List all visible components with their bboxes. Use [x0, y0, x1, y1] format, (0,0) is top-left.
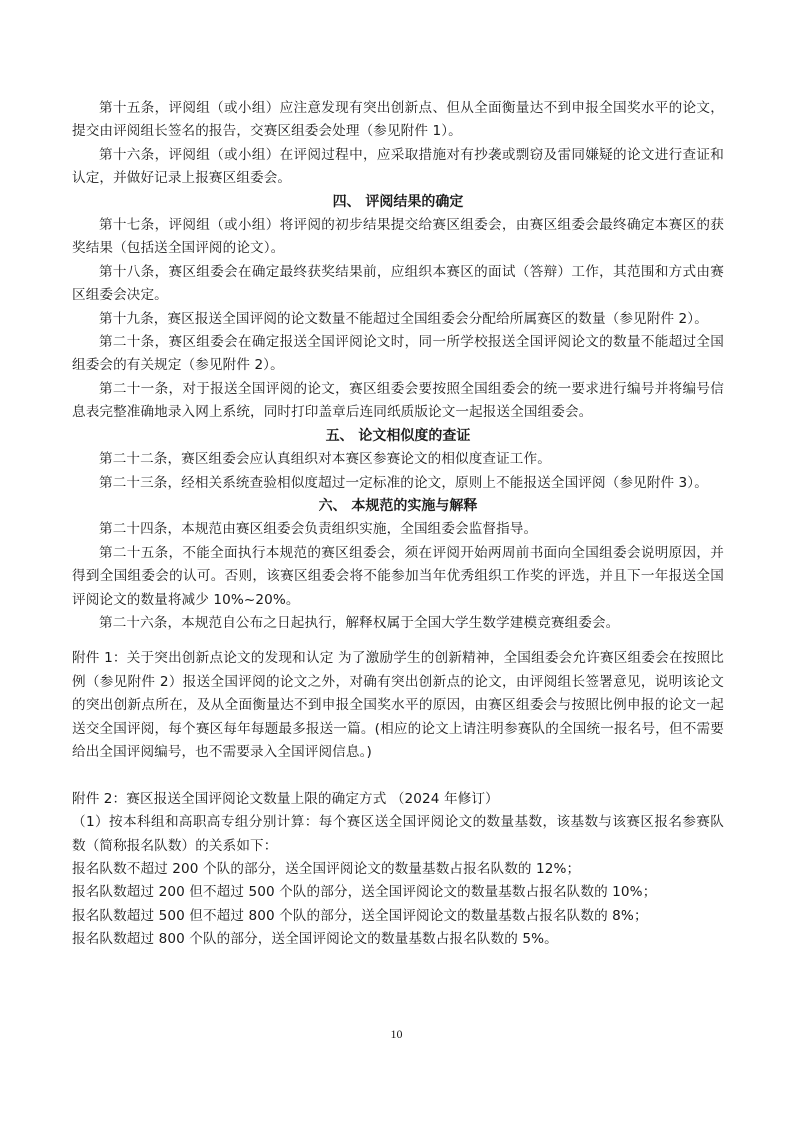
- article-22: 第二十二条，赛区组委会应认真组织对本赛区参赛论文的相似度查证工作。: [72, 448, 724, 471]
- page-number: 10: [0, 1027, 793, 1042]
- article-17: 第十七条，评阅组（或小组）将评阅的初步结果提交给赛区组委会，由赛区组委会最终确定…: [72, 214, 724, 261]
- appendix-2-rule: 报名队数不超过 200 个队的部分，送全国评阅论文的数量基数占报名队数的 12%…: [72, 858, 724, 881]
- article-15: 第十五条，评阅组（或小组）应注意发现有突出创新点、但从全面衡量达不到申报全国奖水…: [72, 97, 724, 144]
- spacer: [72, 764, 724, 787]
- article-24: 第二十四条，本规范由赛区组委会负责组织实施，全国组委会监督指导。: [72, 518, 724, 541]
- spacer: [72, 635, 724, 647]
- article-26: 第二十六条，本规范自公布之日起执行，解释权属于全国大学生数学建模竞赛组委会。: [72, 612, 724, 635]
- article-25: 第二十五条，不能全面执行本规范的赛区组委会，须在评阅开始两周前书面向全国组委会说…: [72, 542, 724, 612]
- article-21: 第二十一条，对于报送全国评阅的论文，赛区组委会要按照全国组委会的统一要求进行编号…: [72, 378, 724, 425]
- appendix-2-rule: 报名队数超过 200 但不超过 500 个队的部分，送全国评阅论文的数量基数占报…: [72, 881, 724, 904]
- article-18: 第十八条，赛区组委会在确定最终获奖结果前，应组织本赛区的面试（答辩）工作，其范围…: [72, 261, 724, 308]
- appendix-1: 附件 1：关于突出创新点论文的发现和认定 为了激励学生的创新精神，全国组委会允许…: [72, 647, 724, 764]
- appendix-2-rule: 报名队数超过 500 但不超过 800 个队的部分，送全国评阅论文的数量基数占报…: [72, 905, 724, 928]
- article-19: 第十九条，赛区报送全国评阅的论文数量不能超过全国组委会分配给所属赛区的数量（参见…: [72, 308, 724, 331]
- section-heading-6: 六、 本规范的实施与解释: [72, 495, 724, 518]
- article-16: 第十六条，评阅组（或小组）在评阅过程中，应采取措施对有抄袭或剽窃及雷同嫌疑的论文…: [72, 144, 724, 191]
- appendix-2-rule: 报名队数超过 800 个队的部分，送全国评阅论文的数量基数占报名队数的 5%。: [72, 928, 724, 951]
- article-23: 第二十三条，经相关系统查验相似度超过一定标准的论文，原则上不能报送全国评阅（参见…: [72, 472, 724, 495]
- appendix-2-title: 附件 2：赛区报送全国评阅论文数量上限的确定方式 （2024 年修订）: [72, 788, 724, 811]
- document-page: 第十五条，评阅组（或小组）应注意发现有突出创新点、但从全面衡量达不到申报全国奖水…: [72, 97, 724, 952]
- appendix-2-intro: （1）按本科组和高职高专组分别计算：每个赛区送全国评阅论文的数量基数，该基数与该…: [72, 811, 724, 858]
- section-heading-5: 五、 论文相似度的查证: [72, 425, 724, 448]
- section-heading-4: 四、 评阅结果的确定: [72, 191, 724, 214]
- article-20: 第二十条，赛区组委会在确定报送全国评阅论文时，同一所学校报送全国评阅论文的数量不…: [72, 331, 724, 378]
